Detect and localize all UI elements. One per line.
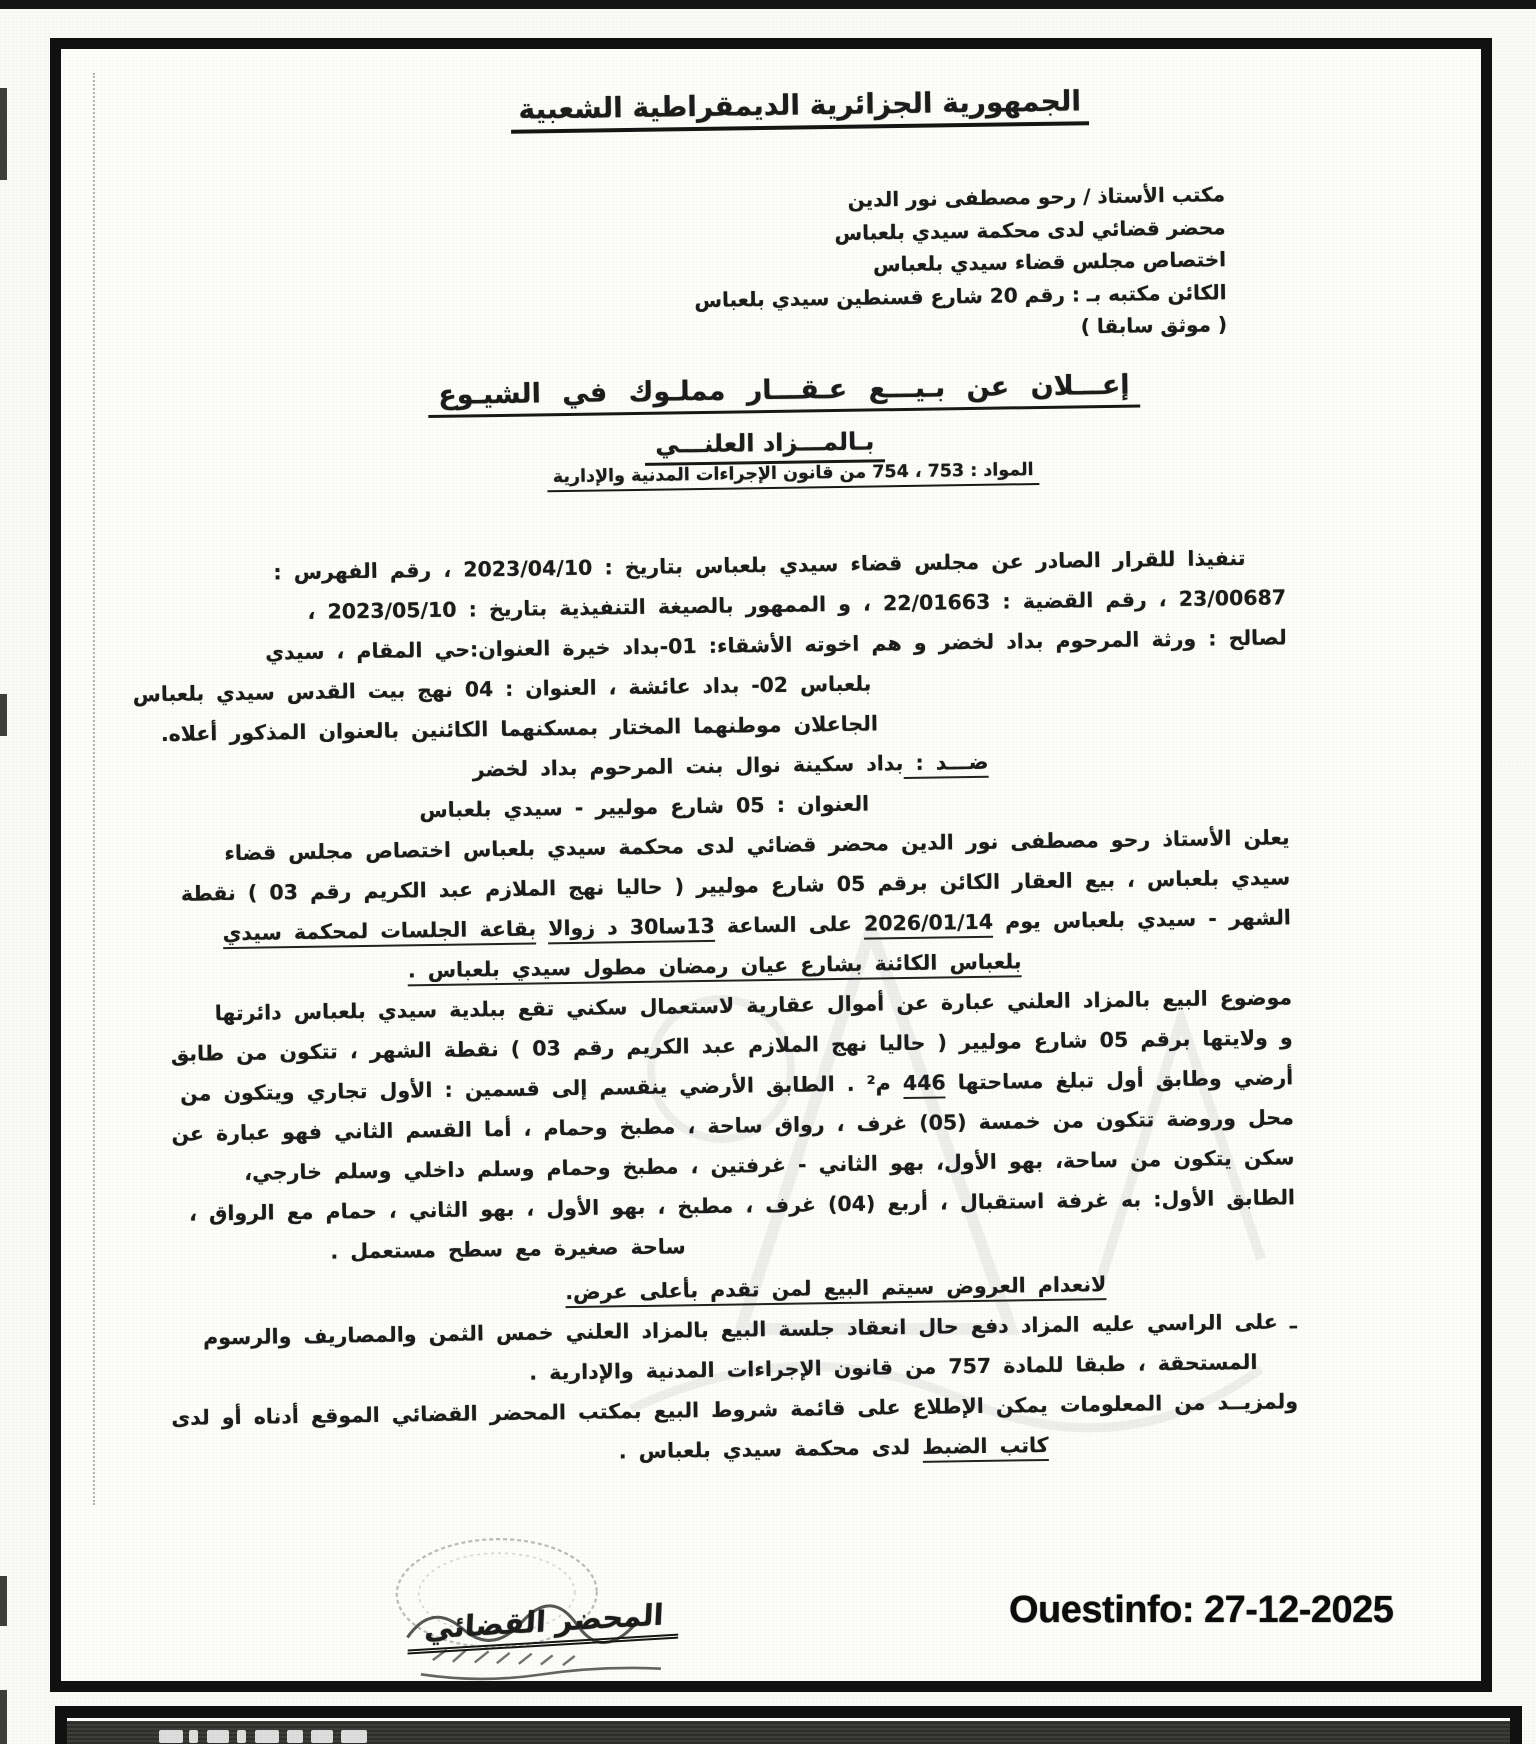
banner-letter-mark bbox=[159, 1730, 183, 1743]
body-line-segment: كاتب الضبط bbox=[922, 1433, 1049, 1463]
body-line-segment: بقاعة الجلسات لمحكمة سيدي bbox=[222, 916, 536, 949]
body-line-segment: م² . الطابق الأرضي ينقسم إلى قسمين : الأ… bbox=[180, 1071, 903, 1106]
body-line: تنفيذا للقرار الصادر عن مجلس قضاء سيدي ب… bbox=[130, 542, 1285, 589]
body-line-segment: 13سا30 د زوالا bbox=[548, 914, 715, 944]
notice-content: الجمهورية الجزائرية الديمقراطية الشعبية … bbox=[49, 39, 1493, 1692]
body-line: 23/00687 ، رقم القضية : 22/01663 ، و الم… bbox=[131, 582, 1286, 629]
body-line: العنوان : 05 شارع موليير - سيدي بلعباس bbox=[134, 782, 1289, 829]
body-line-segment bbox=[536, 916, 548, 940]
body-line-segment: على الساعة bbox=[715, 912, 865, 938]
body-line: ساحة صغيرة مع سطح مستعمل . bbox=[140, 1222, 1295, 1269]
body-line: سكن يتكون من ساحة، بهو الأول، بهو الثاني… bbox=[139, 1142, 1294, 1189]
notice-title-line1-text: إعـــلان عن بـيـــع عـقـــار مملـوك في ا… bbox=[428, 369, 1140, 418]
banner-letter-mark bbox=[255, 1730, 279, 1743]
body-line: المستحقة ، طبقا للمادة 757 من قانون الإج… bbox=[142, 1346, 1297, 1393]
body-line: الطابق الأول: به غرفة استقبال ، أربع (04… bbox=[140, 1182, 1295, 1229]
body-line: بلعباس 02- بداد عائشة ، العنوان : 04 نهج… bbox=[143, 662, 1287, 709]
body-line: يعلن الأستاذ رحو مصطفى نور الدين محضر قض… bbox=[135, 822, 1290, 869]
body-line: أرضي وطابق أول تبلغ مساحتها 446 م² . الط… bbox=[138, 1062, 1293, 1109]
body-line-segment: 2026/01/14 bbox=[864, 910, 993, 940]
banner-letter-mark bbox=[341, 1730, 367, 1743]
body-line-segment: لانعدام العروض سيتم البيع لمن تقدم بأعلى… bbox=[565, 1272, 1106, 1308]
body-line: الجاعلان موطنهما المختار بمسكنهما الكائن… bbox=[133, 702, 1288, 749]
notice-title-line2-text: بـالمـــزاد العلنـــي bbox=[645, 427, 885, 466]
body-line: ـ على الراسي عليه المزاد دفع حال انعقاد … bbox=[142, 1306, 1297, 1353]
body-line: بلعباس الكائنة بشارع عيان رمضان مطول سيد… bbox=[136, 942, 1291, 989]
notice-title-line1: إعـــلان عن بـيـــع عـقـــار مملـوك في ا… bbox=[74, 364, 1494, 416]
country-title: الجمهورية الجزائرية الديمقراطية الشعبية bbox=[90, 78, 1510, 132]
body-line: الشهر - سيدي بلعباس يوم 2026/01/14 على ا… bbox=[136, 902, 1291, 949]
body-line-segment: بداد سكينة نوال بنت المرحوم بداد لخضر bbox=[473, 751, 904, 781]
body-line-segment: بلعباس الكائنة بشارع عيان رمضان مطول سيد… bbox=[408, 949, 1022, 986]
scan-edge-mark bbox=[0, 1576, 7, 1626]
banner-letter-mark bbox=[189, 1730, 198, 1743]
banner-letter-mark bbox=[287, 1730, 303, 1743]
credit-stamp: Ouestinfo: 27-12-2025 bbox=[1009, 1589, 1393, 1632]
body-line: ولمزيــد من المعلومات يمكن الإطلاع على ق… bbox=[143, 1386, 1298, 1433]
body-line-segment: لدى محكمة سيدي بلعباس . bbox=[619, 1435, 923, 1464]
scan-edge-top bbox=[0, 0, 1536, 9]
body-line: موضوع البيع بالمزاد العلني عبارة عن أموا… bbox=[137, 982, 1292, 1029]
notice-body: تنفيذا للقرار الصادر عن مجلس قضاء سيدي ب… bbox=[130, 542, 1299, 1483]
body-line: لانعدام العروض سيتم البيع لمن تقدم بأعلى… bbox=[141, 1266, 1296, 1313]
body-line: ضـــد : بداد سكينة نوال بنت المرحوم بداد… bbox=[133, 742, 1288, 789]
scan-edge-mark bbox=[0, 88, 7, 180]
bailiff-signature-block: المحضر القضائي bbox=[371, 1528, 703, 1693]
notice-articles-text: المواد : 753 ، 754 من قانون الإجراءات ال… bbox=[547, 460, 1040, 492]
body-line-segment: ضـــد : bbox=[903, 750, 989, 779]
banner-letter-mark bbox=[207, 1730, 229, 1743]
body-line-segment: أرضي وطابق أول تبلغ مساحتها bbox=[945, 1065, 1293, 1094]
next-article-banner bbox=[55, 1706, 1522, 1744]
country-title-text: الجمهورية الجزائرية الديمقراطية الشعبية bbox=[510, 84, 1089, 134]
bailiff-office-block: مكتب الأستاذ / رحو مصطفى نور الدين محضر … bbox=[693, 178, 1228, 348]
body-line: محل وروضة تتكون من خمسة (05) غرف ، رواق … bbox=[139, 1102, 1294, 1149]
scanned-notice-page: الجمهورية الجزائرية الديمقراطية الشعبية … bbox=[0, 0, 1536, 1744]
scan-edge-mark bbox=[0, 694, 7, 736]
banner-band bbox=[67, 1721, 1510, 1744]
body-line: سيدي بلعباس ، بيع العقار الكائن برقم 05 … bbox=[135, 862, 1290, 909]
banner-letter-mark bbox=[237, 1730, 246, 1743]
body-line-segment: الشهر - سيدي بلعباس يوم bbox=[993, 905, 1291, 933]
body-line: و ولايتها برقم 05 شارع موليير ( حاليا نه… bbox=[138, 1022, 1293, 1069]
scan-edge-mark bbox=[0, 1690, 7, 1744]
notice-frame: الجمهورية الجزائرية الديمقراطية الشعبية … bbox=[50, 38, 1492, 1692]
body-line-segment: 446 bbox=[903, 1070, 946, 1099]
banner-letter-mark bbox=[311, 1730, 333, 1743]
body-line: لصالح : ورثة المرحوم بداد لخضر و هم اخوت… bbox=[132, 622, 1287, 669]
body-line: كاتب الضبط لدى محكمة سيدي بلعباس . bbox=[144, 1426, 1299, 1473]
